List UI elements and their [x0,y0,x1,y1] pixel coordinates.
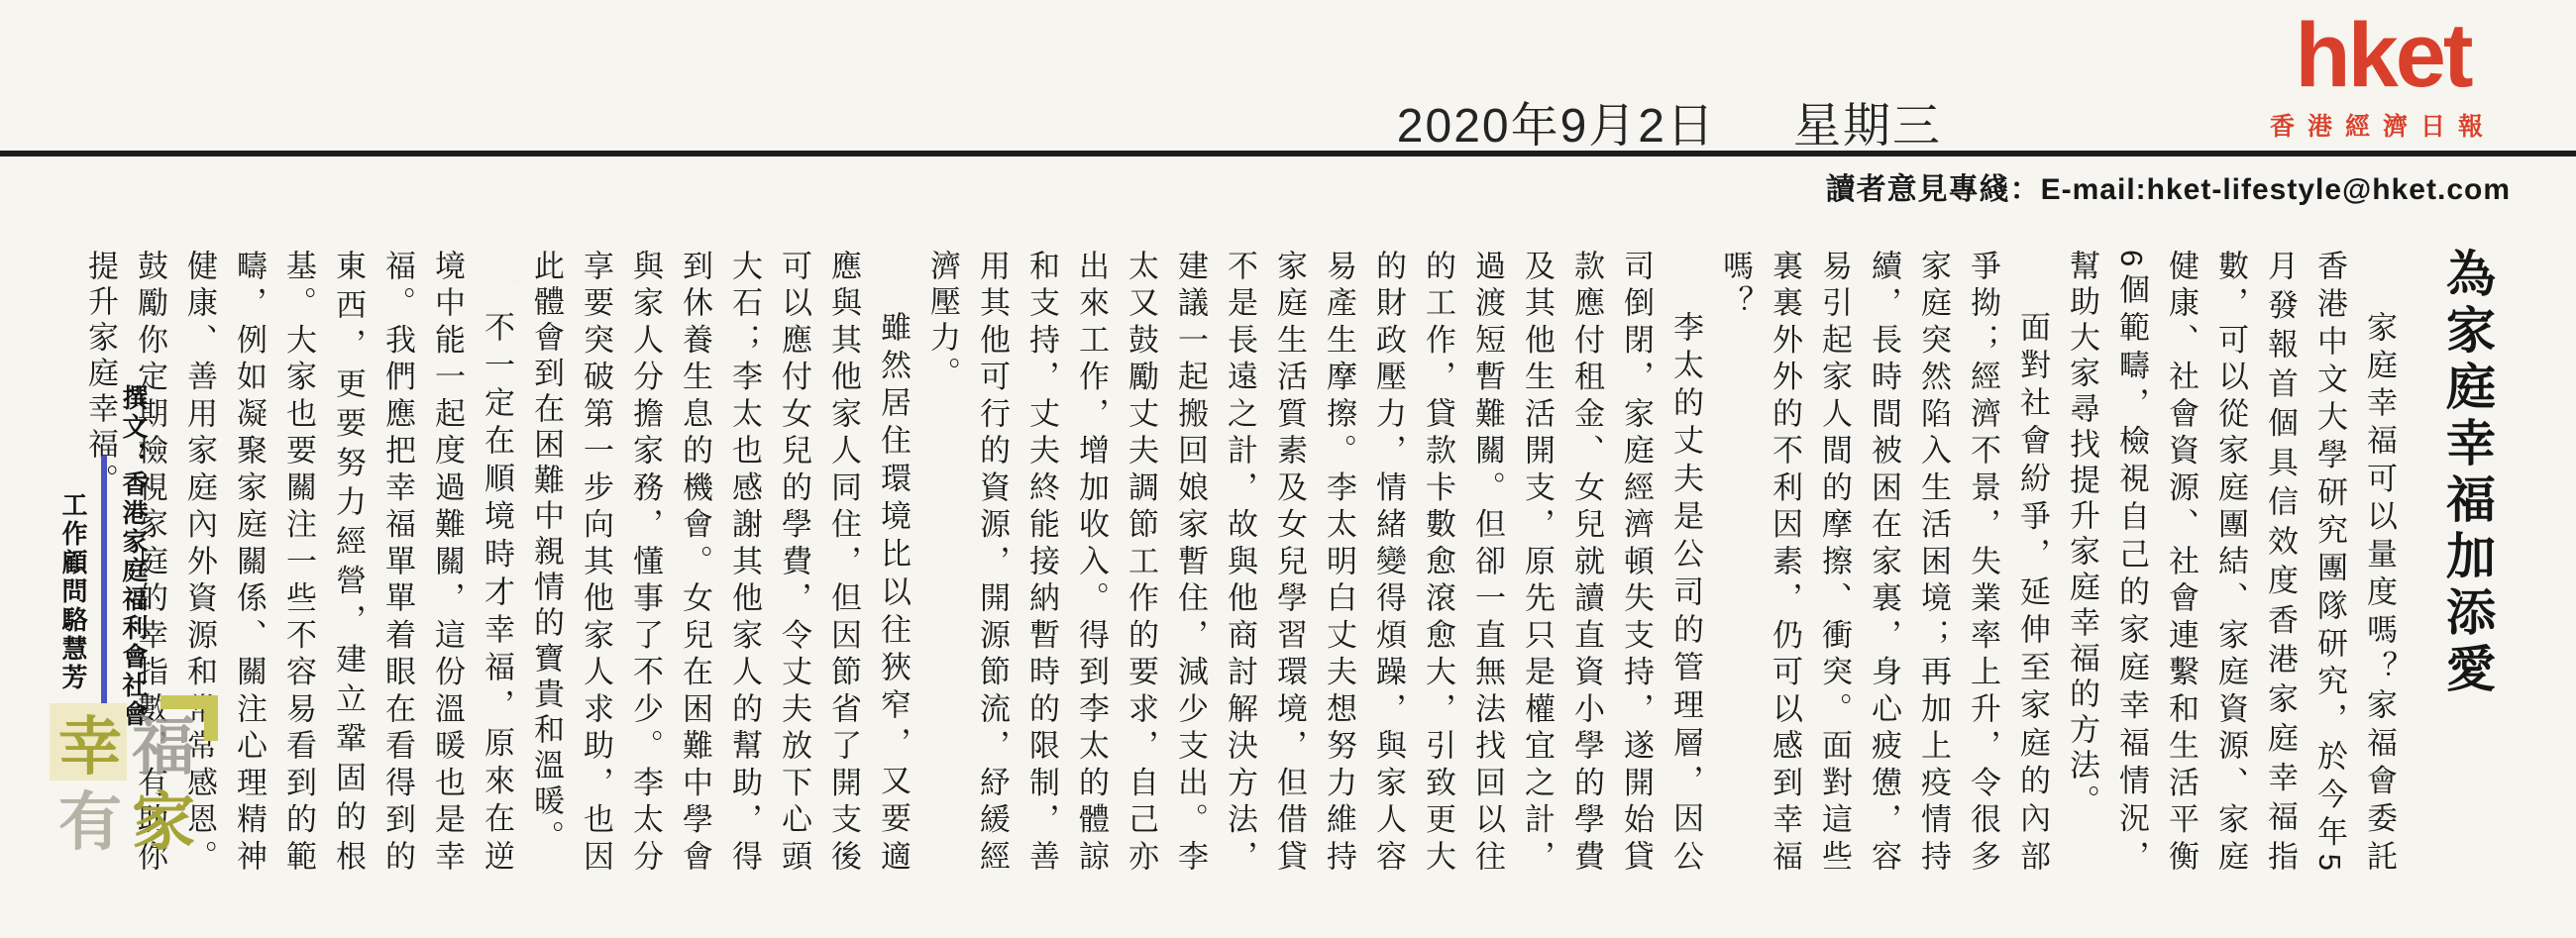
logo-char-have: 有 [54,784,127,860]
credit-blue-divider-line [101,456,107,711]
hket-logo: hket [2269,8,2497,103]
happy-family-stamp-logo: 幸 福 有 家 [54,709,208,868]
article-paragraph: 家庭幸福可以量度嗎？家福會委託香港中文大學研究團隊研究，於今年5月發報首個具信效… [2057,250,2404,876]
publication-date: 2020年9月2日 [1397,87,1716,156]
masthead-date-block: 2020年9月2日 星期三 [1397,87,1942,156]
article-paragraph: 面對社會紛爭，延伸至家庭的內部爭拗；經濟不景，失業率上升，令很多家庭突然陷入生活… [1710,250,2057,876]
logo-char-fortune: 福 [127,709,200,784]
author-credit-block: 工作顧問駱慧芳 撰文：香港家庭福利會社會 [55,384,153,746]
article-region: 為家庭幸福加添愛 家庭幸福可以量度嗎？家福會委託香港中文大學研究團隊研究，於今年… [50,149,2507,938]
article-title: 為家庭幸福加添愛 [2431,248,2503,699]
logo-char-happiness-1: 幸 [54,709,127,784]
newspaper-clipping-page: 2020年9月2日 星期三 hket 香港經濟日報 讀者意見專綫：E-mail:… [0,0,2576,938]
author-credit-line-1: 撰文：香港家庭福利會社會 [116,384,153,729]
hket-logo-chinese-name: 香港經濟日報 [2269,107,2497,143]
author-credit-line-2: 工作顧問駱慧芳 [55,491,92,692]
article-body-vertical-text: 家庭幸福可以量度嗎？家福會委託香港中文大學研究團隊研究，於今年5月發報首個具信效… [164,250,2404,876]
logo-char-family: 家 [127,784,200,860]
publication-weekday: 星期三 [1793,87,1942,156]
article-paragraph: 李太的丈夫是公司的管理層，因公司倒閉，家庭經濟頓失支持，遂開始貸款應付租金、女兒… [917,250,1710,876]
article-paragraph: 雖然居住環境比以往狹窄，又要適應與其他家人同住，但因節省了開支後可以應付女兒的學… [521,250,917,876]
logo-character-grid: 幸 福 有 家 [54,709,208,860]
hket-brand-block: hket 香港經濟日報 [2269,8,2497,143]
